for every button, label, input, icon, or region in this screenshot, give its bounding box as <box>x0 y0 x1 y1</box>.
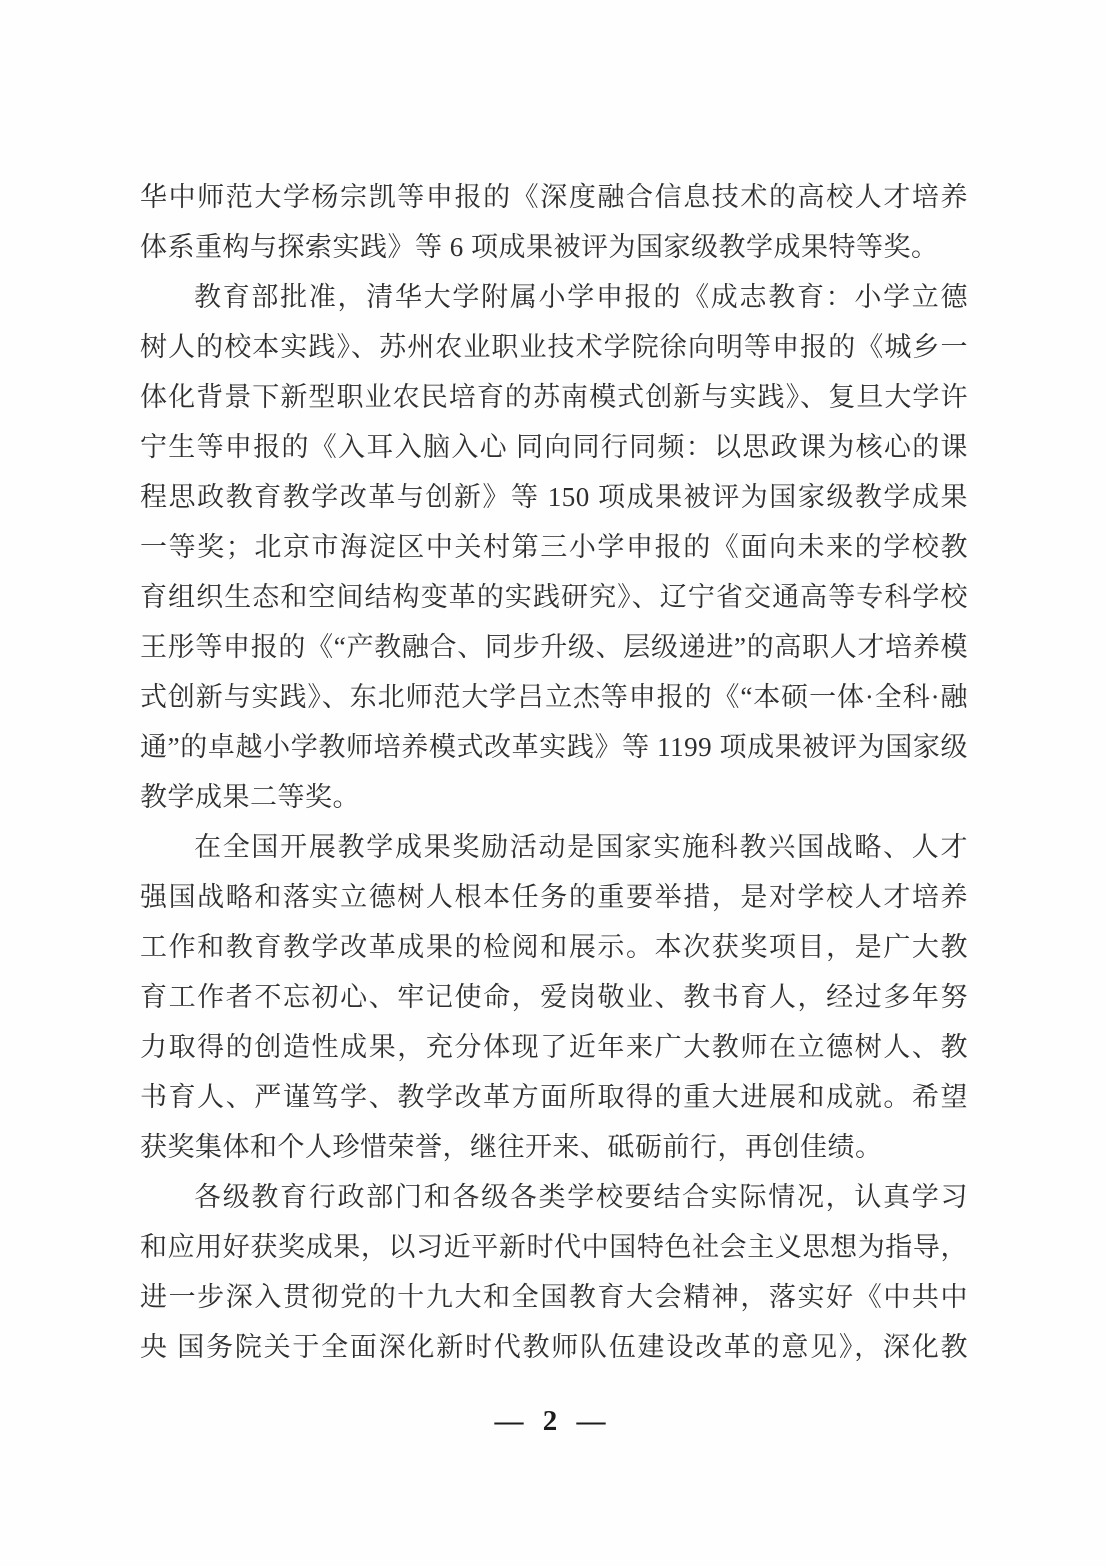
text-line: 王彤等申报的《“产教融合、同步升级、层级递进”的高职人才培养模 <box>140 622 968 672</box>
document-body-text: 华中师范大学杨宗凯等申报的《深度融合信息技术的高校人才培养 体系重构与探索实践》… <box>140 172 968 1372</box>
text-line: 书育人、严谨笃学、教学改革方面所取得的重大进展和成就。希望 <box>140 1072 968 1122</box>
text-line: 通”的卓越小学教师培养模式改革实践》等 1199 项成果被评为国家级 <box>140 722 968 772</box>
text-line: 进一步深入贯彻党的十九大和全国教育大会精神，落实好《中共中 <box>140 1272 968 1322</box>
text-line: 一等奖；北京市海淀区中关村第三小学申报的《面向未来的学校教 <box>140 522 968 572</box>
text-line: 教育部批准，清华大学附属小学申报的《成志教育：小学立德 <box>140 272 968 322</box>
text-line: 育组织生态和空间结构变革的实践研究》、辽宁省交通高等专科学校 <box>140 572 968 622</box>
text-line: 育工作者不忘初心、牢记使命，爱岗敬业、教书育人，经过多年努 <box>140 972 968 1022</box>
text-line: 宁生等申报的《入耳入脑入心 同向同行同频：以思政课为核心的课 <box>140 422 968 472</box>
text-line: 各级教育行政部门和各级各类学校要结合实际情况，认真学习 <box>140 1172 968 1222</box>
page-number: — 2 — <box>0 1405 1106 1438</box>
document-page: 华中师范大学杨宗凯等申报的《深度融合信息技术的高校人才培养 体系重构与探索实践》… <box>0 0 1106 1566</box>
text-line: 教学成果二等奖。 <box>140 772 968 822</box>
text-line: 华中师范大学杨宗凯等申报的《深度融合信息技术的高校人才培养 <box>140 172 968 222</box>
text-line: 在全国开展教学成果奖励活动是国家实施科教兴国战略、人才 <box>140 822 968 872</box>
text-line: 工作和教育教学改革成果的检阅和展示。本次获奖项目，是广大教 <box>140 922 968 972</box>
text-line: 程思政教育教学改革与创新》等 150 项成果被评为国家级教学成果 <box>140 472 968 522</box>
text-line: 获奖集体和个人珍惜荣誉，继往开来、砥砺前行，再创佳绩。 <box>140 1122 968 1172</box>
text-line: 和应用好获奖成果，以习近平新时代中国特色社会主义思想为指导， <box>140 1222 968 1272</box>
text-line: 强国战略和落实立德树人根本任务的重要举措，是对学校人才培养 <box>140 872 968 922</box>
text-line: 树人的校本实践》、苏州农业职业技术学院徐向明等申报的《城乡一 <box>140 322 968 372</box>
text-line: 式创新与实践》、东北师范大学吕立杰等申报的《“本硕一体·全科·融 <box>140 672 968 722</box>
text-line: 央 国务院关于全面深化新时代教师队伍建设改革的意见》，深化教 <box>140 1322 968 1372</box>
text-line: 体化背景下新型职业农民培育的苏南模式创新与实践》、复旦大学许 <box>140 372 968 422</box>
text-line: 体系重构与探索实践》等 6 项成果被评为国家级教学成果特等奖。 <box>140 222 968 272</box>
text-line: 力取得的创造性成果，充分体现了近年来广大教师在立德树人、教 <box>140 1022 968 1072</box>
